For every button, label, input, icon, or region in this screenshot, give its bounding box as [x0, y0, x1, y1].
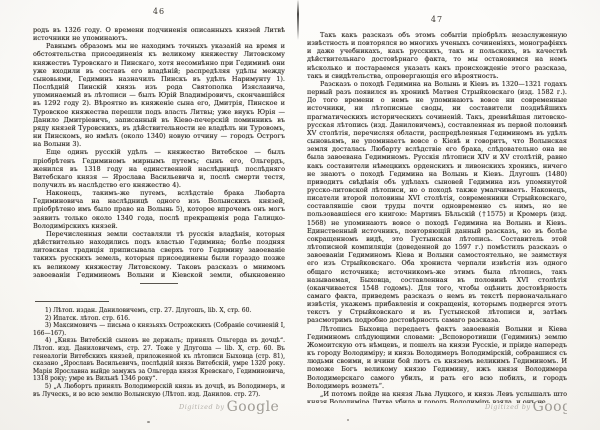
footnote: 1) Лѣтоп. издан. Даниловичемъ, стр. 27. … — [33, 307, 285, 315]
watermark-prefix: Digitized by — [179, 403, 225, 411]
footnote: 3) Максимовичъ — письма о князьяхъ Остро… — [33, 322, 285, 337]
body-text-right: Такъ какъ разсказъ объ этомъ событіи прі… — [307, 31, 567, 403]
scan-speck — [347, 419, 349, 421]
book-scan: 46 родъ въ 1326 году. О времени подчинен… — [0, 0, 600, 430]
paragraph: Лѣтопись Быховца передаетъ фактъ завоева… — [307, 325, 567, 390]
page-46: 46 родъ въ 1326 году. О времени подчинен… — [33, 6, 285, 426]
section-divider-rule — [140, 283, 178, 284]
footnotes-left: 1) Лѣтоп. издан. Даниловичемъ, стр. 27. … — [33, 307, 285, 401]
paragraph: Перечисленныя земли составляли тѣ русскі… — [33, 230, 285, 278]
footnote-divider-rule — [35, 301, 109, 302]
footnote: 4) „Князь Витебскій сыновъ не держалъ; п… — [33, 337, 285, 383]
paragraph: Равнымъ образомъ мы не находимъ точныхъ … — [33, 42, 285, 148]
scan-speck — [147, 421, 150, 423]
paragraph: Разсказъ о походѣ Гедимина на Волынь и К… — [307, 80, 567, 325]
page-number-right: 47 — [307, 15, 567, 24]
paragraph: родъ въ 1326 году. О времени подчиненія … — [33, 26, 285, 42]
paragraph: Такъ какъ разсказъ объ этомъ событіи прі… — [307, 31, 567, 80]
page-number-left: 46 — [33, 7, 285, 16]
body-text-left: родъ въ 1326 году. О времени подчиненія … — [33, 26, 285, 278]
google-watermark: Digitized byGoogle — [179, 396, 279, 415]
paragraph: Еще одинъ русскій удѣлъ — княжество Вите… — [33, 148, 285, 189]
page-47: 47 Такъ какъ разсказъ объ этомъ событіи … — [307, 6, 567, 426]
paragraph: Наконецъ, такимъ-же путемъ, вслѣдствіе б… — [33, 189, 285, 230]
page-gutter-shadow — [297, 0, 299, 40]
google-watermark: Digitized byGoogle — [485, 396, 567, 415]
google-logo-text: Google — [227, 399, 280, 415]
watermark-prefix: Digitized by — [485, 403, 531, 411]
google-logo-text: Google — [533, 399, 567, 415]
